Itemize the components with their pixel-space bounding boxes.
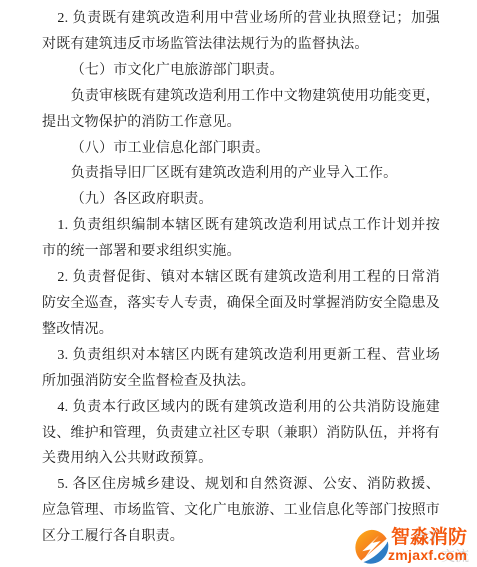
paragraph: 3. 负责组织对本辖区内既有建筑改造利用更新工程、营业场所加强消防安全监督检查及… [42,343,440,395]
brand-name: 智淼消防 [391,528,467,548]
paragraph-heading: （八）市工业信息化部门职责。 [42,136,440,162]
paragraph-heading: （九）各区政府职责。 [42,187,440,213]
paragraph: 负责审核既有建筑改造利用工作中文物建筑使用功能变更，提出文物保护的消防工作意见。 [42,84,440,136]
brand-watermark: 技术 交流 智淼消防 zmjaxf.com [353,527,477,567]
paragraph: 负责指导旧厂区既有建筑改造利用的产业导入工作。 [42,161,440,187]
paragraph: 2. 负责既有建筑改造利用中营业场所的营业执照登记；加强对既有建筑违反市场监管法… [42,6,440,58]
paragraph: 1. 负责组织编制本辖区既有建筑改造利用试点工作计划并按市的统一部署和要求组织实… [42,213,440,265]
brand-domain-url: zmjaxf.com [388,548,467,563]
paragraph: 4. 负责本行政区域内的既有建筑改造利用的公共消防设施建设、维护和管理，负责建立… [42,395,440,473]
document-page: 2. 负责既有建筑改造利用中营业场所的营业执照登记；加强对既有建筑违反市场监管法… [0,0,477,567]
paragraph-heading: （七）市文化广电旅游部门职责。 [42,58,440,84]
paragraph: 2. 负责督促街、镇对本辖区既有建筑改造利用工程的日常消防安全巡查，落实专人专责… [42,265,440,343]
document-body: 2. 负责既有建筑改造利用中营业场所的营业执照登记；加强对既有建筑违反市场监管法… [42,6,440,550]
brand-logo-icon [353,529,390,566]
